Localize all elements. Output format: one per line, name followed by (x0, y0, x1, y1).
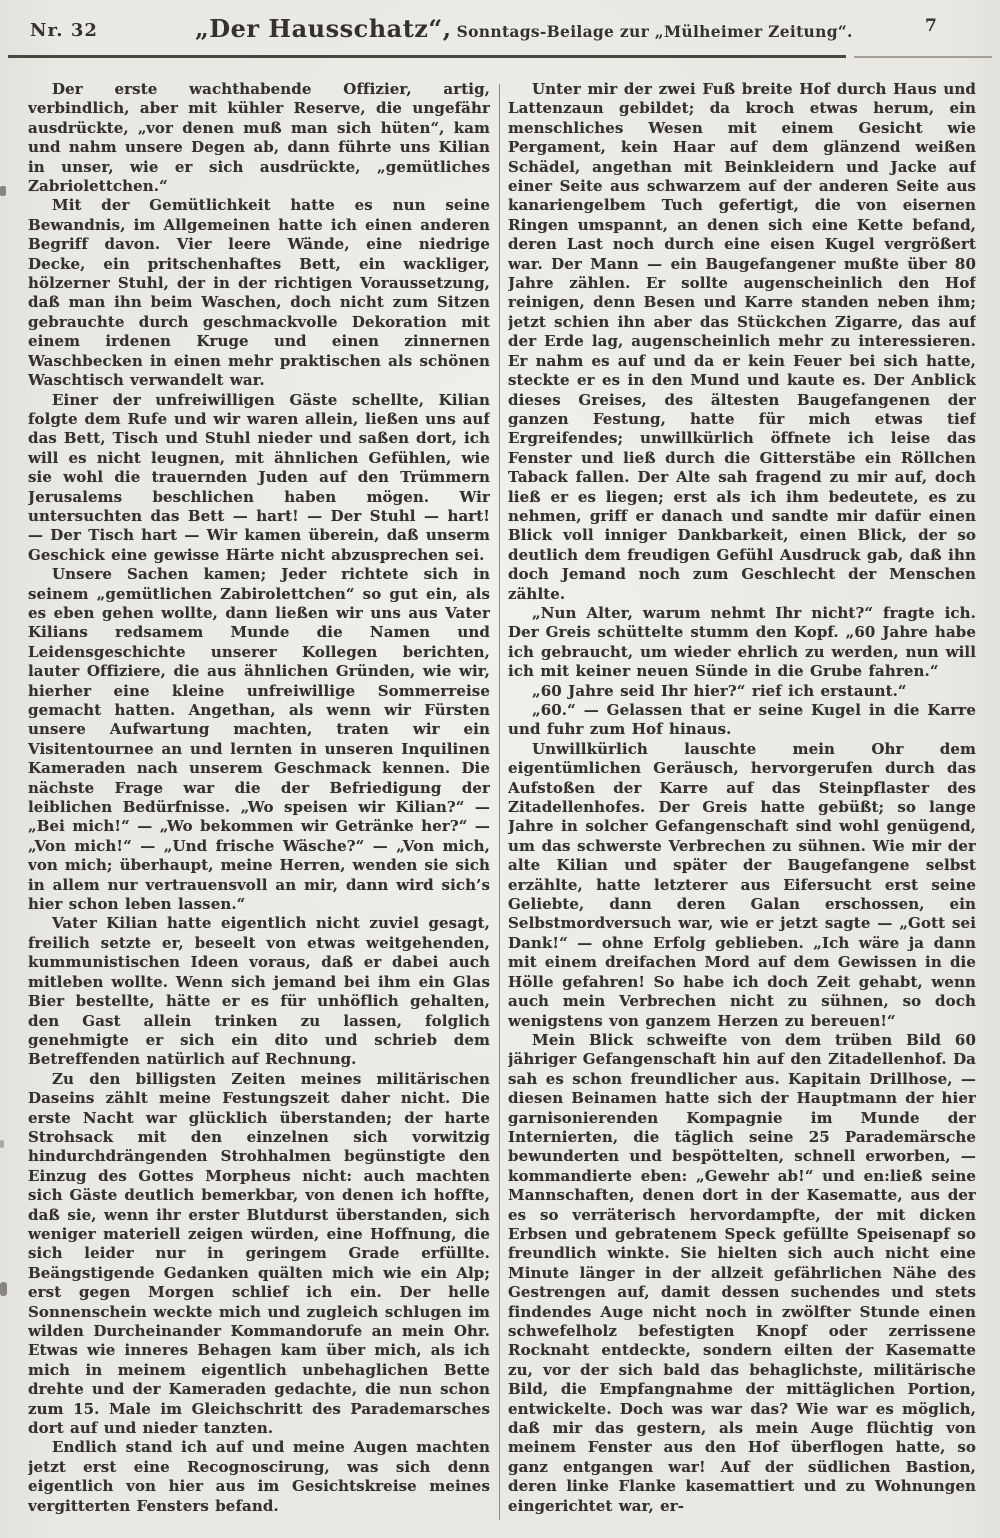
right-column: Unter mir der zwei Fuß breite Hof durch … (508, 80, 976, 1525)
masthead: „Der Hausschatz“, Sonntags-Beilage zur „… (195, 14, 770, 43)
paragraph: Endlich stand ich auf und meine Augen ma… (28, 1438, 490, 1516)
paper-title: „Der Hausschatz“, (195, 14, 452, 43)
paragraph: „Nun Alter, warum nehmt Ihr nicht?“ frag… (508, 604, 976, 682)
header-rule-light (854, 56, 992, 58)
paragraph: Unsere Sachen kamen; Jeder richtete sich… (28, 565, 490, 914)
left-column: Der erste wachthabende Offizier, artig, … (28, 80, 490, 1525)
paragraph: Der erste wachthabende Offizier, artig, … (28, 80, 490, 196)
paper-subtitle: Sonntags-Beilage zur „Mülheimer Zeitung“… (457, 22, 853, 41)
column-divider-rule (499, 84, 500, 1520)
scan-smudge (0, 186, 6, 196)
paragraph: Vater Kilian hatte eigentlich nicht zuvi… (28, 914, 490, 1069)
newspaper-page: Nr. 32 „Der Hausschatz“, Sonntags-Beilag… (0, 0, 1000, 1538)
paragraph: Einer der unfreiwilligen Gäste schellte,… (28, 391, 490, 566)
page-number: 7 (925, 16, 937, 36)
scan-smudge (0, 1140, 4, 1148)
scan-smudge (0, 1282, 7, 1296)
header-rule-dark (8, 55, 846, 58)
paragraph: „60 Jahre seid Ihr hier?“ rief ich ersta… (508, 682, 976, 701)
issue-number: Nr. 32 (30, 20, 98, 41)
paragraph: Zu den billigsten Zeiten meines militäri… (28, 1070, 490, 1439)
paragraph: Unwillkürlich lauschte mein Ohr dem eige… (508, 740, 976, 1031)
paragraph: Mein Blick schweifte von dem trüben Bild… (508, 1031, 976, 1516)
paragraph: Unter mir der zwei Fuß breite Hof durch … (508, 80, 976, 604)
paragraph: „60.“ — Gelassen that er seine Kugel in … (508, 701, 976, 740)
paragraph: Mit der Gemütlichkeit hatte es nun seine… (28, 196, 490, 390)
